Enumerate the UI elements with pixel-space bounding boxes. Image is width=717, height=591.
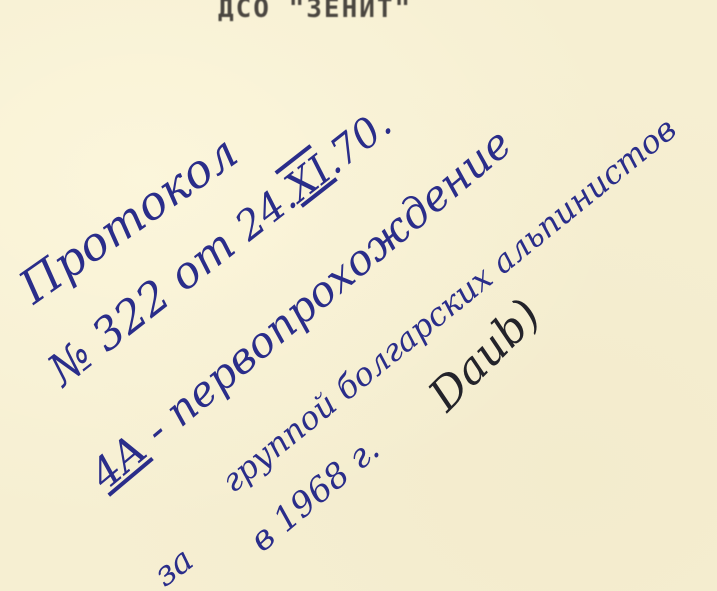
typed-header: ДСО "ЗЕНИТ" [218,0,412,24]
paper-background [0,0,717,591]
